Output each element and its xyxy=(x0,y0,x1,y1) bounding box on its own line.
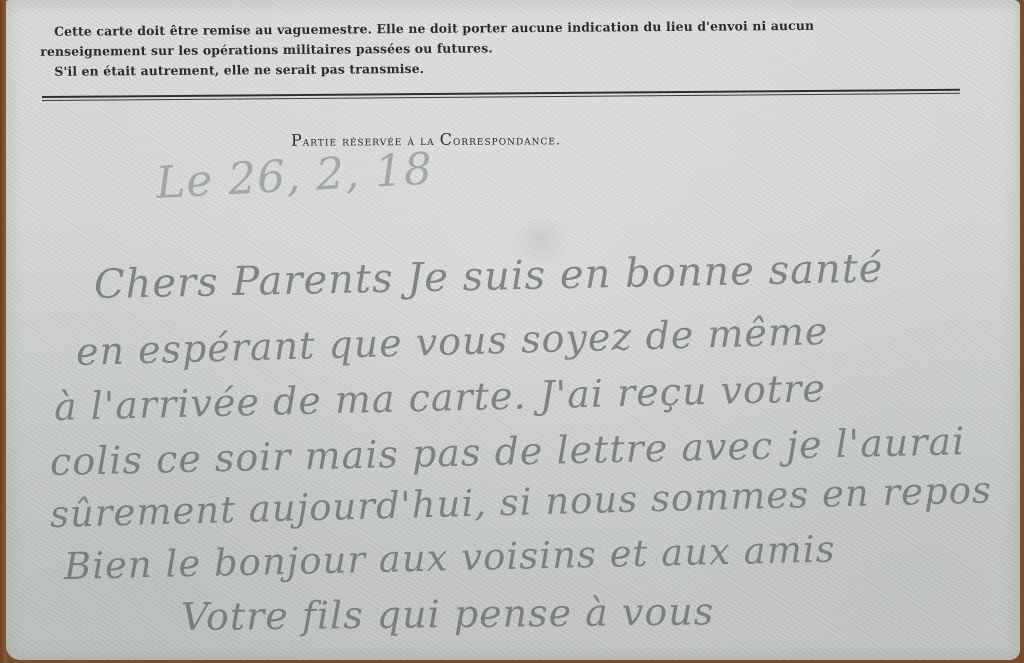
photo-background: Cette carte doit être remise au vaguemes… xyxy=(0,0,1024,663)
printed-notice: Cette carte doit être remise au vaguemes… xyxy=(30,15,970,82)
handwritten-signature: Votre fils qui pense à vous xyxy=(181,589,715,639)
handwritten-date: Le 26, 2, 18 xyxy=(155,144,434,209)
handwritten-line: Chers Parents Je suis en bonne santé xyxy=(94,245,884,308)
title-initial-c: C xyxy=(440,130,453,149)
title-initial-p: P xyxy=(291,131,303,150)
handwritten-line: en espérant que vous soyez de même xyxy=(75,309,829,374)
double-rule-divider xyxy=(42,89,960,101)
handwritten-line: à l'arrivée de ma carte. J'ai reçu votre xyxy=(53,366,826,429)
title-text-2: orrespondance. xyxy=(453,133,561,149)
military-postcard: Cette carte doit être remise au vaguemes… xyxy=(6,0,1020,660)
handwritten-line: Bien le bonjour aux voisins et aux amis xyxy=(64,527,837,587)
